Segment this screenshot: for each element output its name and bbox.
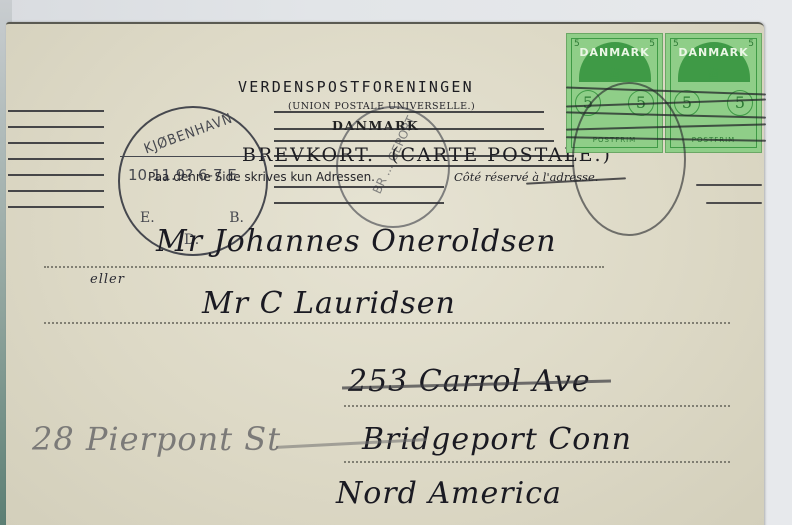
address-line-1 xyxy=(44,266,604,268)
stamp-country: DANMARK xyxy=(567,46,662,59)
machine-cancellation-bars xyxy=(8,110,104,222)
crown-icon: ♛ xyxy=(567,64,662,85)
pencil-correction-address: 28 Pierpont St xyxy=(32,420,281,458)
recipient-alt-prefix: eller xyxy=(90,272,125,287)
recipient-line-2: Mr C Lauridsen xyxy=(202,286,456,321)
stamp-country: DANMARK xyxy=(666,46,761,59)
header-verdenspostforeningen: VERDENSPOSTFORENINGEN xyxy=(238,78,474,96)
address-street-struck: 253 Carrol Ave xyxy=(348,364,591,399)
postmark-town: KJØBENHAVN xyxy=(142,111,235,158)
address-line-3 xyxy=(344,405,730,407)
postmark-letter: E. xyxy=(140,210,155,226)
address-country: Nord America xyxy=(336,476,562,511)
postmark-date: 10.11.9? 6-7 E xyxy=(128,166,237,184)
postmark-text: BR ... GEPORT xyxy=(370,114,418,196)
postcard: VERDENSPOSTFORENINGEN (UNION POSTALE UNI… xyxy=(6,22,764,525)
wavy-cancel-line xyxy=(696,184,762,186)
postmark-bridgeport: BR ... GEPORT xyxy=(336,106,450,228)
address-line-2 xyxy=(44,322,730,324)
wavy-cancel-line xyxy=(706,202,762,204)
address-line-4 xyxy=(344,461,730,463)
recipient-line-1: Mr Johannes Oneroldsen xyxy=(156,224,557,259)
postmark-on-stamps xyxy=(572,82,686,236)
crown-icon: ♛ xyxy=(666,64,761,85)
